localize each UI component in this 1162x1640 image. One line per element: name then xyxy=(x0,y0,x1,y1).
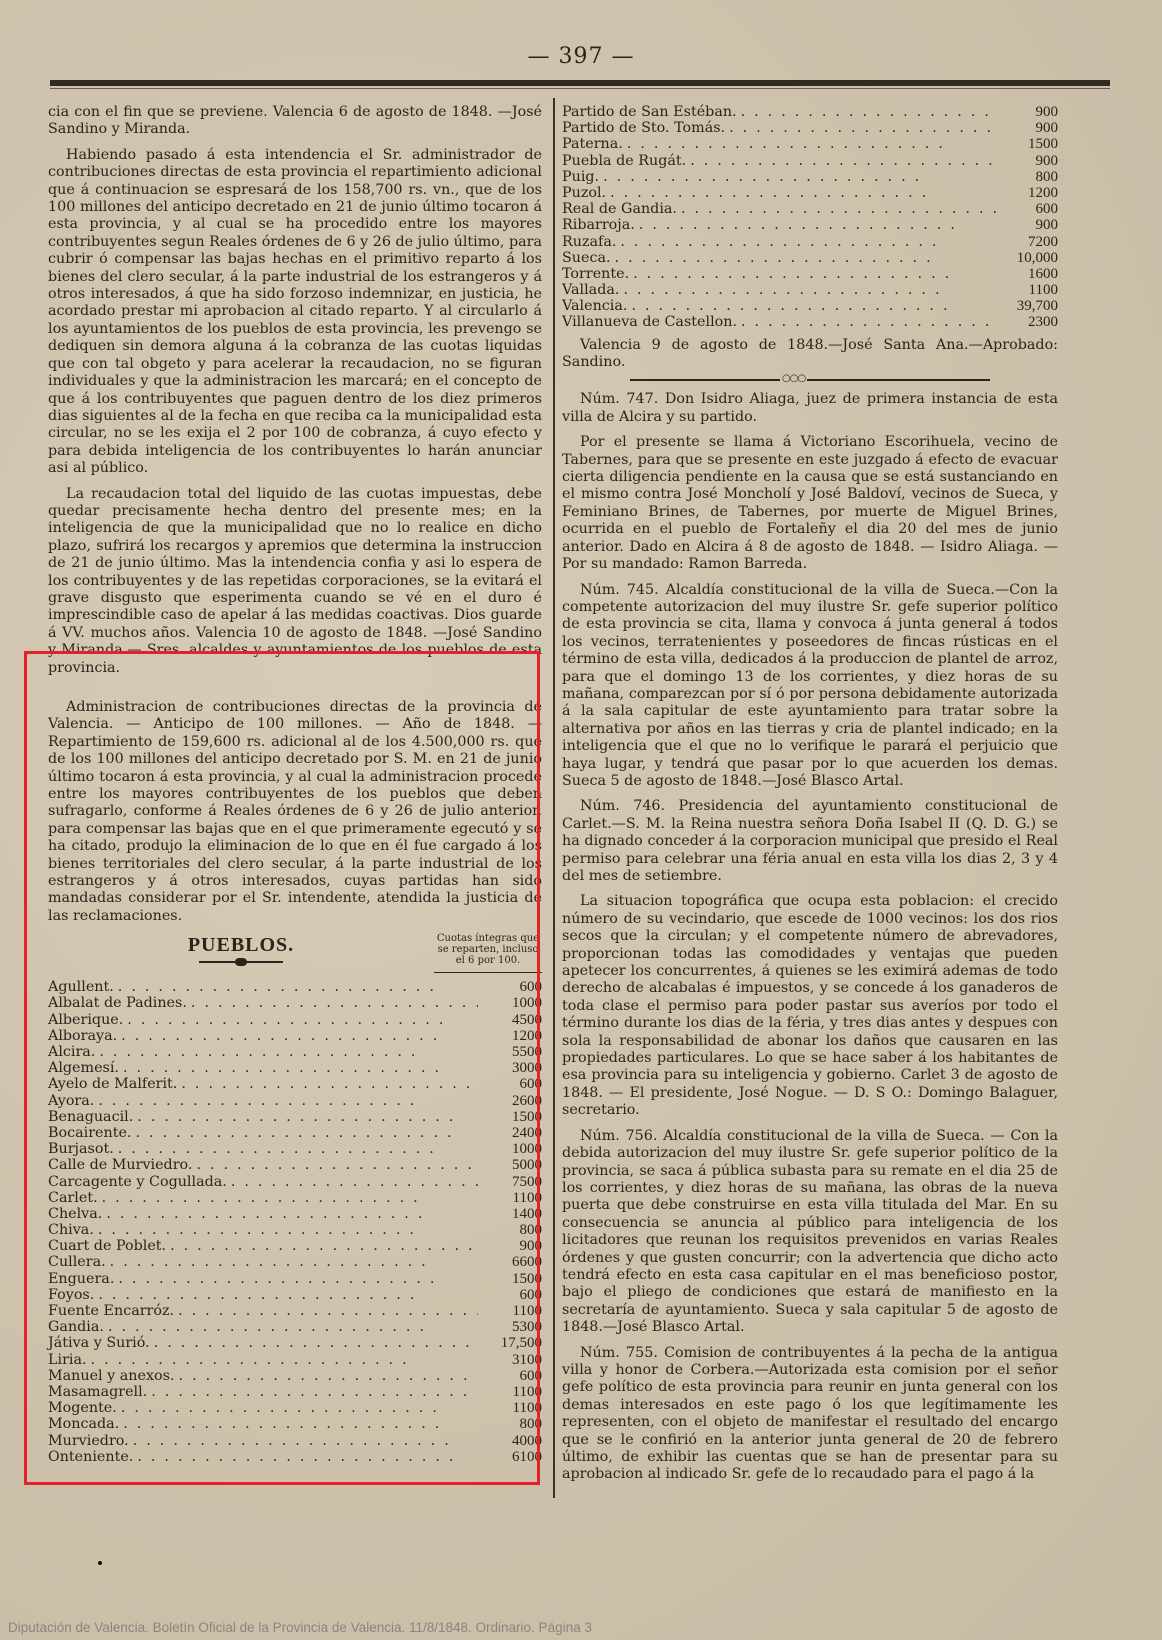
table-row: Partido de San Estéban..................… xyxy=(562,104,1058,120)
table-row: Paterna.........................1500 xyxy=(562,136,1058,152)
table-row: Villanueva de Castellon.................… xyxy=(562,314,1058,330)
table-row: Partido de Sto. Tomás...................… xyxy=(562,120,1058,136)
column-divider xyxy=(553,98,555,1498)
notice-756: Núm. 756. Alcaldía constitucional de la … xyxy=(562,1128,1058,1337)
notice-755: Núm. 755. Comision de contribuyentes á l… xyxy=(562,1345,1058,1484)
table-row: Valencia.........................39,700 xyxy=(562,298,1058,314)
highlight-box xyxy=(24,651,540,1485)
notice-746-intro: Núm. 746. Presidencia del ayuntamiento c… xyxy=(562,798,1058,885)
page-number: — 397 — xyxy=(0,44,1162,69)
right-column: Partido de San Estéban..................… xyxy=(562,104,1058,1492)
header-rule xyxy=(50,80,1110,86)
paragraph-recaudacion: La recaudacion total del liquido de las … xyxy=(48,486,542,677)
scanned-page: — 397 — cia con el fin que se previene. … xyxy=(0,0,1162,1640)
table-row: Puig.........................800 xyxy=(562,169,1058,185)
table-row: Puebla de Rugát.........................… xyxy=(562,153,1058,169)
table-row: Ruzafa.........................7200 xyxy=(562,234,1058,250)
footer-citation: Diputación de Valencia. Boletín Oficial … xyxy=(8,1620,592,1635)
signature-santa-ana: Valencia 9 de agosto de 1848.—José Santa… xyxy=(562,337,1058,372)
ornament-divider-icon xyxy=(630,379,990,381)
header-rule-thin xyxy=(50,88,1110,89)
table-row: Ribarroja.........................900 xyxy=(562,217,1058,233)
paragraph-closing: cia con el fin que se previene. Valencia… xyxy=(48,104,542,139)
table-row: Vallada.........................1100 xyxy=(562,282,1058,298)
notice-746-body: La situacion topográfica que ocupa esta … xyxy=(562,893,1058,1119)
notice-747-body: Por el presente se llama á Victoriano Es… xyxy=(562,434,1058,573)
table-row: Real de Gandia.........................6… xyxy=(562,201,1058,217)
table-row: Torrente.........................1600 xyxy=(562,266,1058,282)
pueblos-list-right: Partido de San Estéban..................… xyxy=(562,104,1058,331)
notice-747-heading: Núm. 747. Don Isidro Aliaga, juez de pri… xyxy=(562,391,1058,426)
paragraph-intendencia: Habiendo pasado á esta intendencia el Sr… xyxy=(48,147,542,478)
table-row: Sueca.........................10,000 xyxy=(562,250,1058,266)
notice-745: Núm. 745. Alcaldía constitucional de la … xyxy=(562,582,1058,791)
table-row: Puzol.........................1200 xyxy=(562,185,1058,201)
ink-dot xyxy=(98,1561,102,1565)
